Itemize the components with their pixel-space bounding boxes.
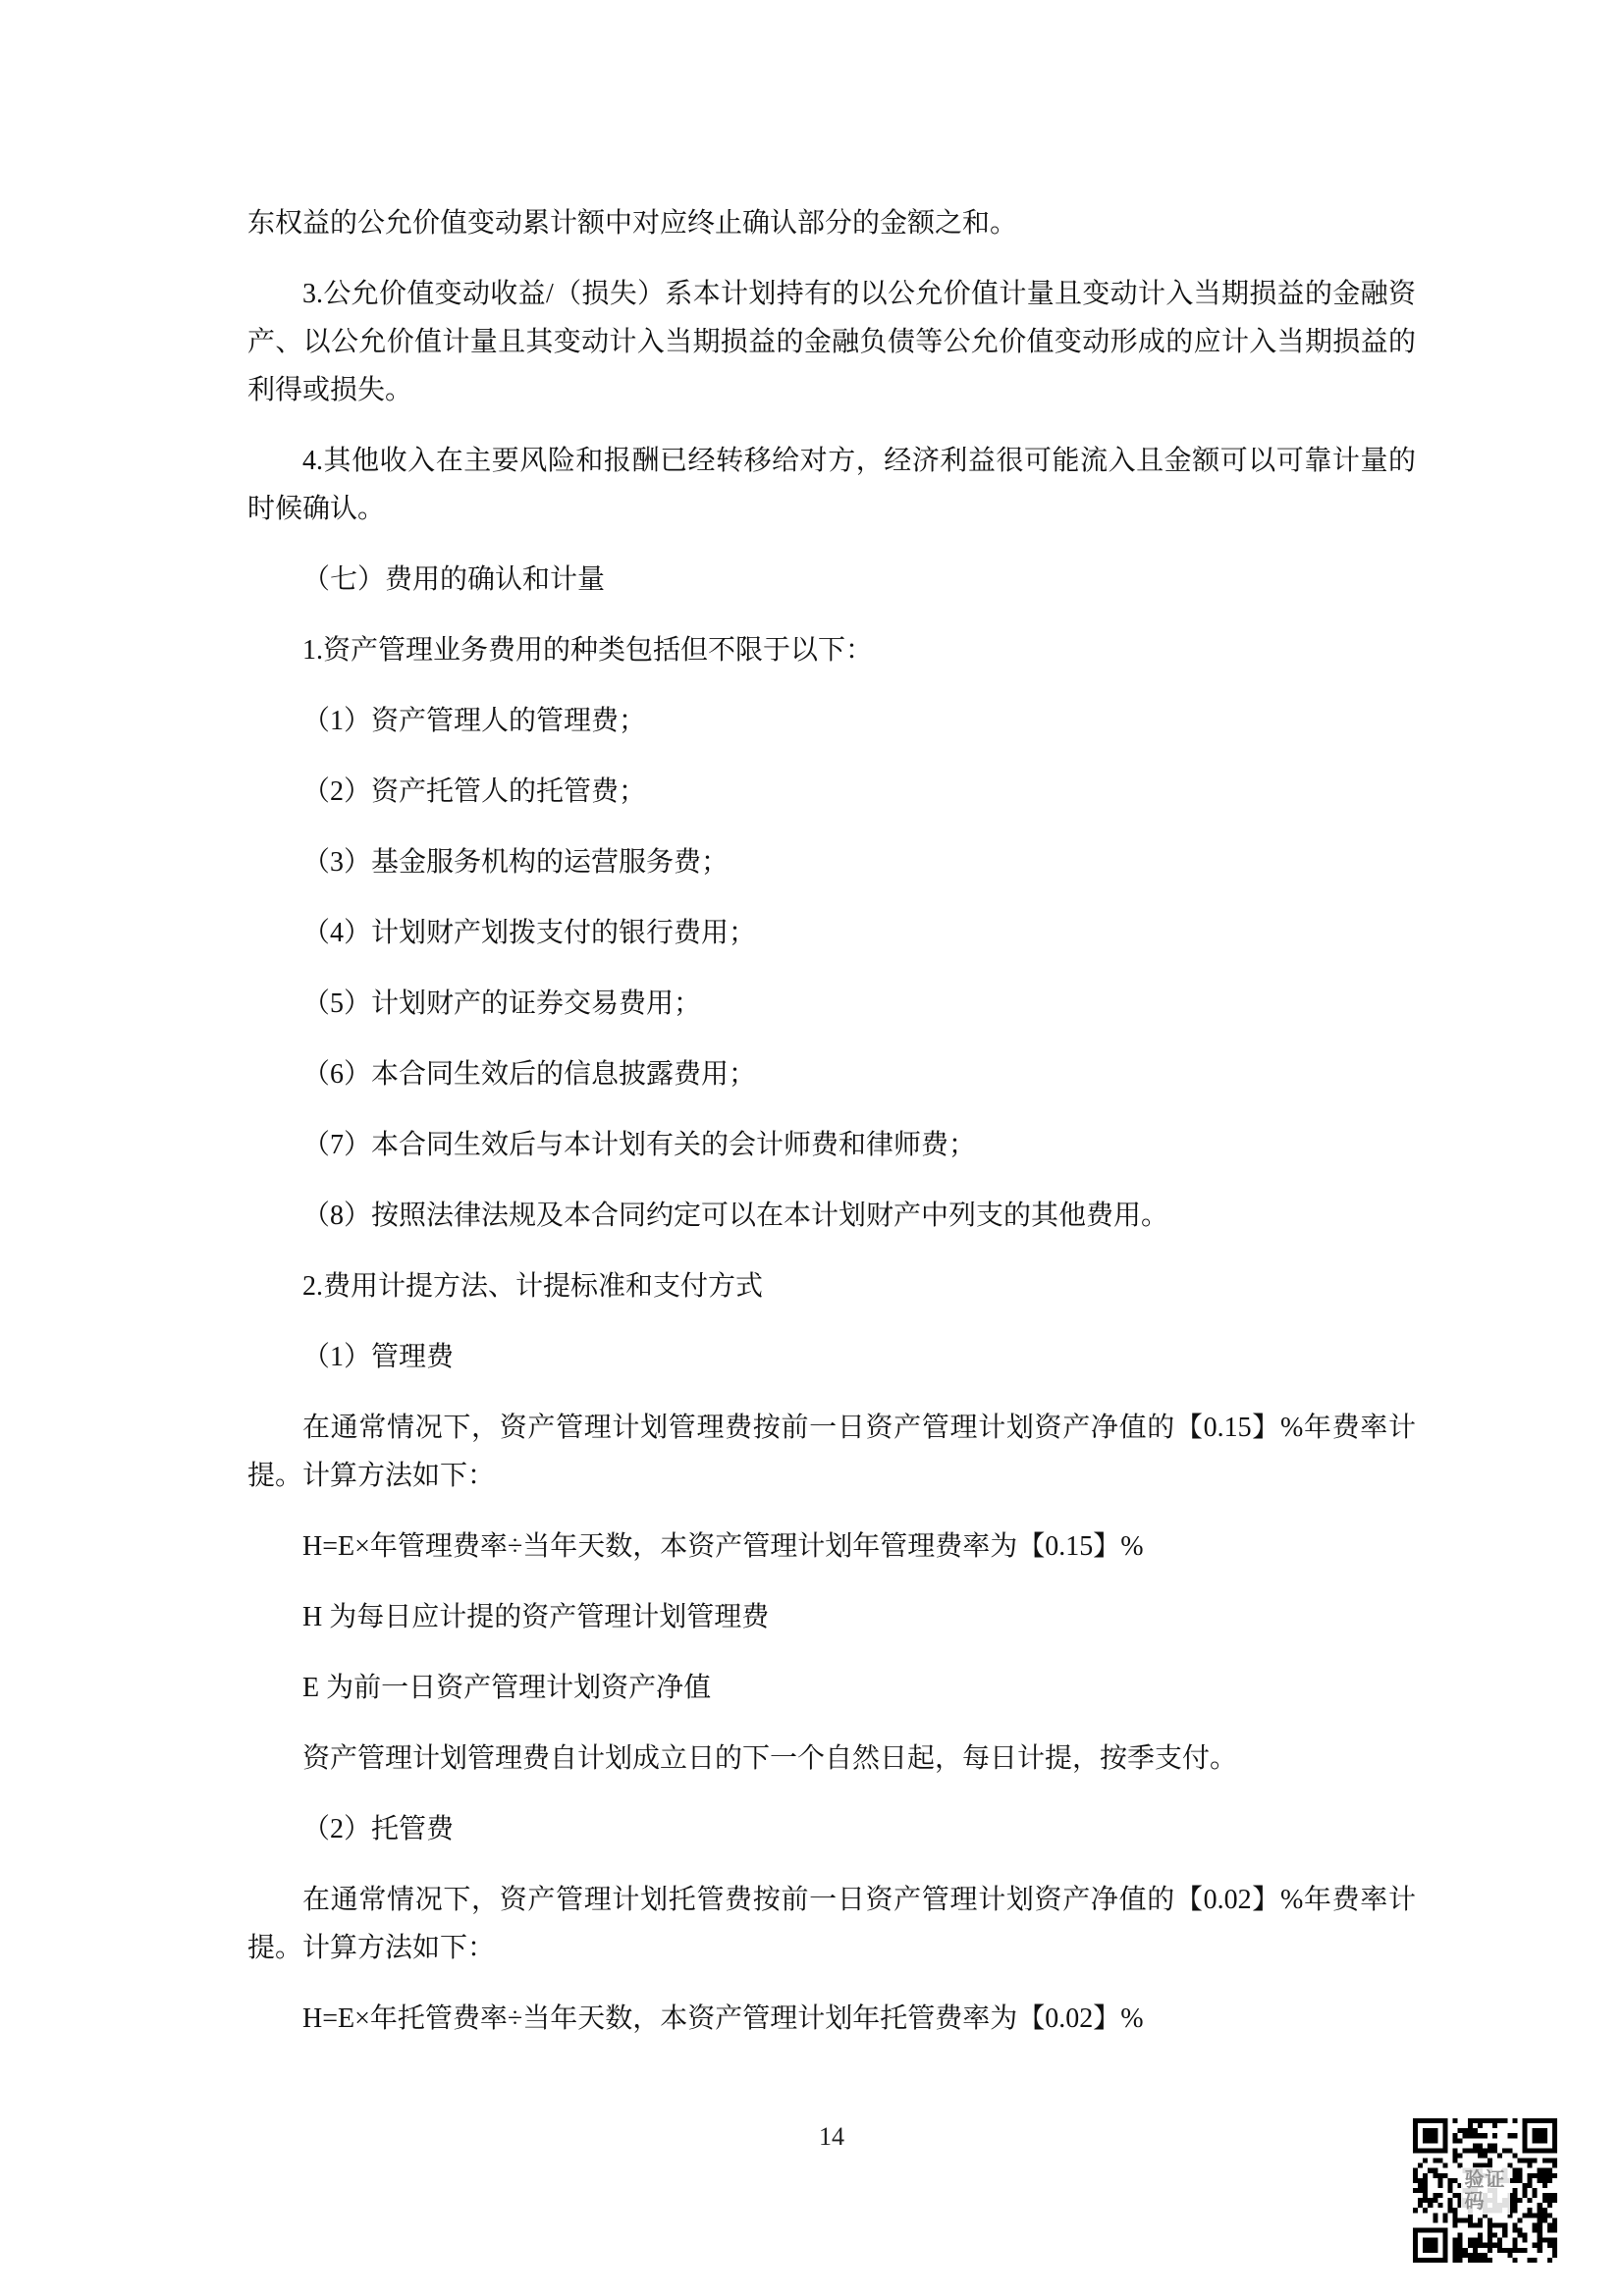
paragraph: 4.其他收入在主要风险和报酬已经转移给对方，经济利益很可能流入且金额可以可靠计量…	[247, 437, 1416, 533]
paragraph: 在通常情况下，资产管理计划托管费按前一日资产管理计划资产净值的【0.02】%年费…	[247, 1876, 1416, 1972]
list-item: （1）资产管理人的管理费；	[247, 697, 1416, 745]
paragraph: 在通常情况下，资产管理计划管理费按前一日资产管理计划资产净值的【0.15】%年费…	[247, 1404, 1416, 1500]
list-item: （8）按照法律法规及本合同约定可以在本计划财产中列支的其他费用。	[247, 1192, 1416, 1240]
document-page: 东权益的公允价值变动累计额中对应终止确认部分的金额之和。 3.公允价值变动收益/…	[0, 0, 1623, 2296]
sub-heading: （2）托管费	[247, 1805, 1416, 1853]
formula-definition: H 为每日应计提的资产管理计划管理费	[247, 1593, 1416, 1641]
qr-verification-label-line1: 验证	[1465, 2169, 1506, 2191]
paragraph: 2.费用计提方法、计提标准和支付方式	[247, 1262, 1416, 1310]
list-item: （4）计划财产划拨支付的银行费用；	[247, 909, 1416, 957]
section-heading: （七）费用的确认和计量	[247, 556, 1416, 604]
formula-definition: E 为前一日资产管理计划资产净值	[247, 1664, 1416, 1712]
list-item: （2）资产托管人的托管费；	[247, 768, 1416, 816]
list-item: （6）本合同生效后的信息披露费用；	[247, 1050, 1416, 1098]
list-item: （7）本合同生效后与本计划有关的会计师费和律师费；	[247, 1121, 1416, 1169]
sub-heading: （1）管理费	[247, 1333, 1416, 1381]
qr-verification-label: 验证 码	[1461, 2167, 1510, 2215]
paragraph: 资产管理计划管理费自计划成立日的下一个自然日起，每日计提，按季支付。	[247, 1735, 1416, 1783]
document-body: 东权益的公允价值变动累计额中对应终止确认部分的金额之和。 3.公允价值变动收益/…	[247, 199, 1416, 2043]
list-item: （5）计划财产的证券交易费用；	[247, 980, 1416, 1028]
page-number: 14	[247, 2122, 1416, 2152]
qr-code: 验证 码	[1413, 2118, 1557, 2263]
qr-verification-label-line2: 码	[1465, 2191, 1486, 2213]
paragraph: 东权益的公允价值变动累计额中对应终止确认部分的金额之和。	[247, 199, 1416, 247]
formula-line: H=E×年托管费率÷当年天数，本资产管理计划年托管费率为【0.02】%	[247, 1995, 1416, 2043]
paragraph: 3.公允价值变动收益/（损失）系本计划持有的以公允价值计量且变动计入当期损益的金…	[247, 270, 1416, 414]
paragraph: 1.资产管理业务费用的种类包括但不限于以下：	[247, 626, 1416, 674]
formula-line: H=E×年管理费率÷当年天数，本资产管理计划年管理费率为【0.15】%	[247, 1522, 1416, 1571]
list-item: （3）基金服务机构的运营服务费；	[247, 838, 1416, 886]
